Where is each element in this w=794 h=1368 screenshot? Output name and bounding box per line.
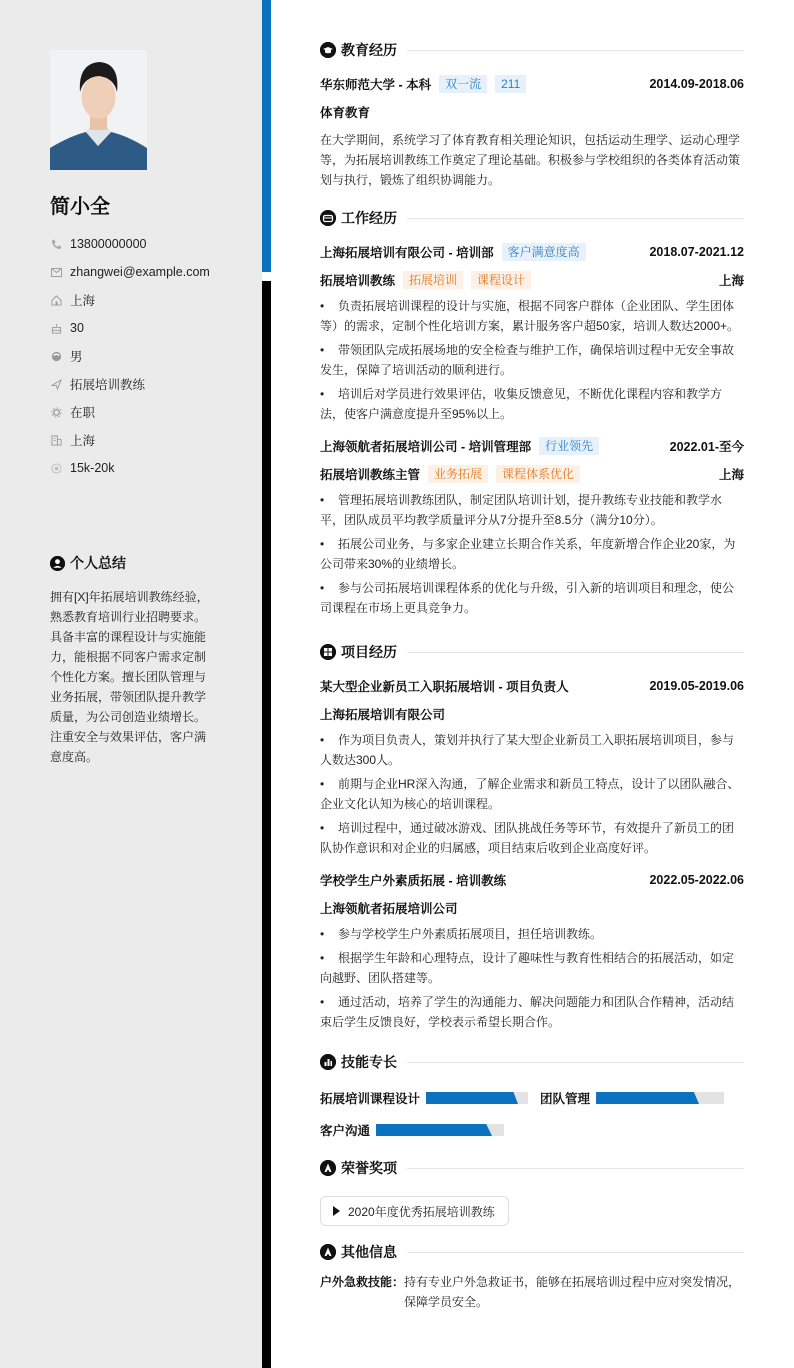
section-title: 教育经历 <box>341 40 397 60</box>
section-title: 工作经历 <box>341 208 397 228</box>
city-value: 上海 <box>70 431 95 449</box>
section-heading-skills: 技能专长 <box>320 1050 744 1074</box>
section-heading-other: 其他信息 <box>320 1240 744 1264</box>
info-job: 拓展培训教练 <box>50 370 210 398</box>
section-title: 技能专长 <box>341 1052 397 1072</box>
info-status: 在职 <box>50 398 210 426</box>
job-icon <box>50 378 62 390</box>
company-name: 上海领航者拓展培训公司 - 培训管理部 <box>320 437 531 455</box>
home-icon <box>50 294 62 306</box>
project-item: 学校学生户外素质拓展 - 培训教练 2022.05-2022.06 上海领航者拓… <box>320 866 744 1032</box>
info-email: zhangwei@example.com <box>50 258 210 286</box>
date-range: 2022.01-至今 <box>670 437 744 455</box>
section-awards: 荣誉奖项 2020年度优秀拓展培训教练 <box>320 1156 744 1226</box>
main-content: 教育经历 华东师范大学 - 本科 双一流 211 2014.09-2018.06… <box>320 38 744 1312</box>
skill-list: 拓展培训课程设计 团队管理 客户沟通 <box>320 1082 744 1146</box>
company-tag: 客户满意度高 <box>502 243 586 261</box>
skill-name: 团队管理 <box>540 1089 590 1107</box>
bullet-item: •负责拓展培训课程的设计与实施，根据不同客户群体（企业团队、学生团体等）的需求，… <box>320 296 744 336</box>
project-name: 学校学生户外素质拓展 - 培训教练 <box>320 871 506 889</box>
divider <box>407 1062 744 1063</box>
avatar-photo <box>50 50 147 170</box>
skill-bar-fill <box>596 1092 699 1104</box>
summary-heading: 个人总结 <box>50 553 126 573</box>
section-other: 其他信息 户外急救技能： 持有专业户外急救证书，能够在拓展培训过程中应对突发情况… <box>320 1240 744 1312</box>
school-name: 华东师范大学 - 本科 <box>320 75 431 93</box>
date-range: 2019.05-2019.06 <box>649 679 744 693</box>
role-row: 拓展培训教练 拓展培训 课程设计 上海 <box>320 266 744 294</box>
bullet-list: •作为项目负责人，策划并执行了某大型企业新员工入职拓展培训项目，参与人数达300… <box>320 730 744 858</box>
tag: 双一流 <box>439 75 487 93</box>
gear-icon <box>50 406 62 418</box>
role-tag: 业务拓展 <box>428 465 488 483</box>
skill-item: 客户沟通 <box>320 1121 504 1139</box>
gender-icon <box>50 350 62 362</box>
role-tag: 拓展培训 <box>403 271 463 289</box>
bullet-item: •带领团队完成拓展场地的安全检查与维护工作，确保培训过程中无安全事故发生，保障了… <box>320 340 744 380</box>
project-name: 某大型企业新员工入职拓展培训 - 项目负责人 <box>320 677 569 695</box>
location: 上海 <box>719 465 744 483</box>
skill-item: 拓展培训课程设计 <box>320 1089 528 1107</box>
role: 拓展培训教练 <box>320 271 395 289</box>
work-item: 上海拓展培训有限公司 - 培训部 客户满意度高 2018.07-2021.12 … <box>320 238 744 424</box>
bullet-item: •参与学校学生户外素质拓展项目，担任培训教练。 <box>320 924 744 944</box>
play-triangle-icon <box>333 1206 340 1216</box>
phone-icon <box>50 238 62 250</box>
info-location: 上海 <box>50 286 210 314</box>
tag: 211 <box>495 75 526 93</box>
location-value: 上海 <box>70 291 95 309</box>
skill-bar <box>426 1092 528 1104</box>
divider <box>407 1168 744 1169</box>
section-education: 教育经历 华东师范大学 - 本科 双一流 211 2014.09-2018.06… <box>320 38 744 190</box>
location: 上海 <box>719 271 744 289</box>
section-skills: 技能专长 拓展培训课程设计 团队管理 客户沟通 <box>320 1050 744 1146</box>
company-row: 上海拓展培训有限公司 - 培训部 客户满意度高 2018.07-2021.12 <box>320 238 744 266</box>
info-phone: 13800000000 <box>50 230 210 258</box>
company-row: 上海领航者拓展培训公司 - 培训管理部 行业领先 2022.01-至今 <box>320 432 744 460</box>
skill-name: 客户沟通 <box>320 1121 370 1139</box>
bullet-item: •培训后对学员进行效果评估，收集反馈意见，不断优化课程内容和教学方法，使客户满意… <box>320 384 744 424</box>
contact-info-list: 13800000000 zhangwei@example.com 上海 30 男… <box>50 230 210 482</box>
age-value: 30 <box>70 321 84 335</box>
section-title: 项目经历 <box>341 642 397 662</box>
bullet-item: •拓展公司业务，与多家企业建立长期合作关系，年度新增合作企业20家，为公司带来3… <box>320 534 744 574</box>
role-row: 拓展培训教练主管 业务拓展 课程体系优化 上海 <box>320 460 744 488</box>
role-tag: 课程设计 <box>471 271 531 289</box>
status-value: 在职 <box>70 403 95 421</box>
award-label: 2020年度优秀拓展培训教练 <box>348 1203 495 1220</box>
date-range: 2014.09-2018.06 <box>649 77 744 91</box>
skill-name: 拓展培训课程设计 <box>320 1089 420 1107</box>
info-age: 30 <box>50 314 210 342</box>
bullet-item: •前期与企业HR深入沟通，了解企业需求和新员工特点，设计了以团队融合、企业文化认… <box>320 774 744 814</box>
bar-chart-icon <box>320 1054 336 1070</box>
skill-bar <box>596 1092 724 1104</box>
candidate-name: 简小全 <box>50 190 110 219</box>
info-salary: 15k-20k <box>50 454 210 482</box>
portrait-icon <box>50 50 147 170</box>
work-item: 上海领航者拓展培训公司 - 培训管理部 行业领先 2022.01-至今 拓展培训… <box>320 432 744 618</box>
skill-bar-fill <box>426 1092 518 1104</box>
job-value: 拓展培训教练 <box>70 375 145 393</box>
info-icon <box>320 1244 336 1260</box>
project-org: 上海领航者拓展培训公司 <box>320 899 458 917</box>
skill-bar <box>376 1124 504 1136</box>
section-heading-work: 工作经历 <box>320 206 744 230</box>
section-work: 工作经历 上海拓展培训有限公司 - 培训部 客户满意度高 2018.07-202… <box>320 206 744 618</box>
accent-bar-black <box>262 281 271 1368</box>
project-header-row: 某大型企业新员工入职拓展培训 - 项目负责人 2019.05-2019.06 <box>320 672 744 700</box>
divider <box>407 1252 744 1253</box>
company-tag: 行业领先 <box>539 437 599 455</box>
bullet-list: •管理拓展培训教练团队，制定团队培训计划，提升教练专业技能和教学水平，团队成员平… <box>320 490 744 618</box>
summary-title: 个人总结 <box>70 553 126 573</box>
grid-icon <box>320 644 336 660</box>
divider <box>407 652 744 653</box>
section-title: 其他信息 <box>341 1242 397 1262</box>
bullet-item: •根据学生年龄和心理特点，设计了趣味性与教育性相结合的拓展活动，如定向越野、团队… <box>320 948 744 988</box>
section-heading-projects: 项目经历 <box>320 640 744 664</box>
salary-icon <box>50 462 62 474</box>
info-gender: 男 <box>50 342 210 370</box>
mail-icon <box>50 266 62 278</box>
gender-value: 男 <box>70 347 83 365</box>
award-item-toggle[interactable]: 2020年度优秀拓展培训教练 <box>320 1196 509 1226</box>
graduation-cap-icon <box>320 42 336 58</box>
role: 拓展培训教练主管 <box>320 465 420 483</box>
info-city: 上海 <box>50 426 210 454</box>
bullet-item: •参与公司拓展培训课程体系的优化与升级，引入新的培训项目和理念，使公司课程在市场… <box>320 578 744 618</box>
skill-bar-fill <box>376 1124 492 1136</box>
project-item: 某大型企业新员工入职拓展培训 - 项目负责人 2019.05-2019.06 上… <box>320 672 744 858</box>
education-description: 在大学期间，系统学习了体育教育相关理论知识，包括运动生理学、运动心理学等，为拓展… <box>320 130 744 190</box>
org-row: 上海拓展培训有限公司 <box>320 700 744 728</box>
award-icon <box>320 1160 336 1176</box>
section-heading-awards: 荣誉奖项 <box>320 1156 744 1180</box>
bullet-item: •作为项目负责人，策划并执行了某大型企业新员工入职拓展培训项目，参与人数达300… <box>320 730 744 770</box>
date-range: 2022.05-2022.06 <box>649 873 744 887</box>
other-info-value: 持有专业户外急救证书，能够在拓展培训过程中应对突发情况，保障学员安全。 <box>404 1272 744 1312</box>
briefcase-icon <box>320 210 336 226</box>
salary-value: 15k-20k <box>70 461 114 475</box>
bullet-item: •管理拓展培训教练团队，制定团队培训计划，提升教练专业技能和教学水平，团队成员平… <box>320 490 744 530</box>
bullet-list: •负责拓展培训课程的设计与实施，根据不同客户群体（企业团队、学生团体等）的需求，… <box>320 296 744 424</box>
accent-bar-blue <box>262 0 271 272</box>
divider <box>407 50 744 51</box>
bullet-item: •培训过程中，通过破冰游戏、团队挑战任务等环节，有效提升了新员工的团队协作意识和… <box>320 818 744 858</box>
age-icon <box>50 322 62 334</box>
summary-text: 拥有[X]年拓展培训教练经验，熟悉教育培训行业招聘要求。具备丰富的课程设计与实施… <box>50 587 215 767</box>
company-name: 上海拓展培训有限公司 - 培训部 <box>320 243 494 261</box>
section-title: 荣誉奖项 <box>341 1158 397 1178</box>
date-range: 2018.07-2021.12 <box>649 245 744 259</box>
major: 体育教育 <box>320 103 370 121</box>
bullet-item: •通过活动，培养了学生的沟通能力、解决问题能力和团队合作精神，活动结束后学生反馈… <box>320 992 744 1032</box>
role-tag: 课程体系优化 <box>496 465 580 483</box>
sidebar: 简小全 13800000000 zhangwei@example.com 上海 … <box>0 0 262 1368</box>
section-heading-education: 教育经历 <box>320 38 744 62</box>
org-row: 上海领航者拓展培训公司 <box>320 894 744 922</box>
project-header-row: 学校学生户外素质拓展 - 培训教练 2022.05-2022.06 <box>320 866 744 894</box>
major-row: 体育教育 <box>320 98 744 126</box>
education-header-row: 华东师范大学 - 本科 双一流 211 2014.09-2018.06 <box>320 70 744 98</box>
divider <box>407 218 744 219</box>
bullet-list: •参与学校学生户外素质拓展项目，担任培训教练。 •根据学生年龄和心理特点，设计了… <box>320 924 744 1032</box>
section-projects: 项目经历 某大型企业新员工入职拓展培训 - 项目负责人 2019.05-2019… <box>320 640 744 1032</box>
user-icon <box>50 556 65 571</box>
other-info-key: 户外急救技能： <box>320 1272 404 1312</box>
project-org: 上海拓展培训有限公司 <box>320 705 445 723</box>
email-value: zhangwei@example.com <box>70 265 210 279</box>
other-info-row: 户外急救技能： 持有专业户外急救证书，能够在拓展培训过程中应对突发情况，保障学员… <box>320 1272 744 1312</box>
building-icon <box>50 434 62 446</box>
skill-item: 团队管理 <box>540 1089 724 1107</box>
phone-value: 13800000000 <box>70 237 146 251</box>
